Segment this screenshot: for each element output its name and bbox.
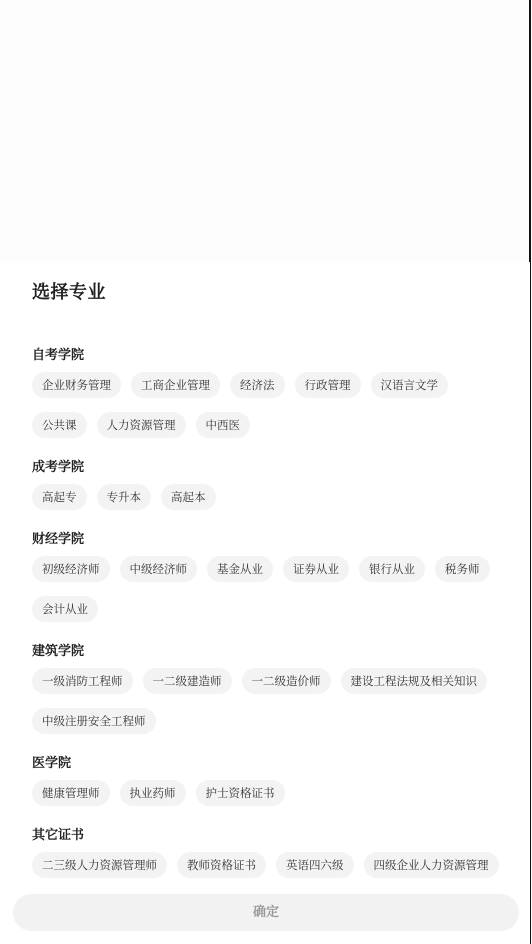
major-chip[interactable]: 会计从业	[32, 596, 98, 622]
major-chip[interactable]: 护士资格证书	[196, 780, 285, 806]
major-chip[interactable]: 高起专	[32, 484, 87, 510]
section-medical: 医学院 健康管理师 执业药师 护士资格证书	[32, 756, 502, 806]
major-chip[interactable]: 工商企业管理	[131, 372, 220, 398]
section-other-certificates: 其它证书 二三级人力资源管理师 教师资格证书 英语四六级 四级企业人力资源管理	[32, 828, 502, 878]
section-heading: 财经学院	[32, 532, 502, 548]
major-chip[interactable]: 初级经济师	[32, 556, 110, 582]
major-chip[interactable]: 汉语言文学	[371, 372, 449, 398]
major-chip[interactable]: 高起本	[161, 484, 216, 510]
sheet-title: 选择专业	[32, 282, 106, 304]
section-heading: 建筑学院	[32, 644, 502, 660]
major-chip[interactable]: 中西医	[196, 412, 251, 438]
major-chip[interactable]: 健康管理师	[32, 780, 110, 806]
chip-list: 企业财务管理 工商企业管理 经济法 行政管理 汉语言文学 公共课 人力资源管理 …	[32, 372, 502, 438]
major-chip[interactable]: 四级企业人力资源管理	[364, 852, 499, 878]
major-chip[interactable]: 执业药师	[120, 780, 186, 806]
major-chip[interactable]: 行政管理	[295, 372, 361, 398]
major-chip[interactable]: 中级注册安全工程师	[32, 708, 156, 734]
major-chip[interactable]: 英语四六级	[276, 852, 354, 878]
major-chip[interactable]: 基金从业	[207, 556, 273, 582]
major-chip[interactable]: 一二级建造师	[143, 668, 232, 694]
section-heading: 其它证书	[32, 828, 502, 844]
major-chip[interactable]: 证券从业	[283, 556, 349, 582]
section-heading: 自考学院	[32, 348, 502, 364]
major-chip[interactable]: 银行从业	[359, 556, 425, 582]
chip-list: 高起专 专升本 高起本	[32, 484, 502, 510]
section-finance: 财经学院 初级经济师 中级经济师 基金从业 证券从业 银行从业 税务师 会计从业	[32, 532, 502, 622]
major-chip[interactable]: 中级经济师	[120, 556, 198, 582]
major-chip[interactable]: 税务师	[435, 556, 490, 582]
section-heading: 医学院	[32, 756, 502, 772]
major-chip[interactable]: 二三级人力资源管理师	[32, 852, 167, 878]
chip-list: 初级经济师 中级经济师 基金从业 证券从业 银行从业 税务师 会计从业	[32, 556, 502, 622]
chip-list: 一级消防工程师 一二级建造师 一二级造价师 建设工程法规及相关知识 中级注册安全…	[32, 668, 502, 734]
major-chip[interactable]: 一二级造价师	[242, 668, 331, 694]
major-chip[interactable]: 一级消防工程师	[32, 668, 133, 694]
chip-list: 健康管理师 执业药师 护士资格证书	[32, 780, 502, 806]
major-chip[interactable]: 公共课	[32, 412, 87, 438]
major-chip[interactable]: 经济法	[230, 372, 285, 398]
major-chip[interactable]: 专升本	[97, 484, 152, 510]
major-chip[interactable]: 企业财务管理	[32, 372, 121, 398]
section-self-study: 自考学院 企业财务管理 工商企业管理 经济法 行政管理 汉语言文学 公共课 人力…	[32, 348, 502, 438]
section-heading: 成考学院	[32, 460, 502, 476]
major-chip[interactable]: 教师资格证书	[177, 852, 266, 878]
confirm-button[interactable]: 确定	[13, 894, 519, 931]
major-chip[interactable]: 人力资源管理	[97, 412, 186, 438]
chip-list: 二三级人力资源管理师 教师资格证书 英语四六级 四级企业人力资源管理	[32, 852, 502, 878]
section-adult-exam: 成考学院 高起专 专升本 高起本	[32, 460, 502, 510]
section-architecture: 建筑学院 一级消防工程师 一二级建造师 一二级造价师 建设工程法规及相关知识 中…	[32, 644, 502, 734]
major-chip[interactable]: 建设工程法规及相关知识	[341, 668, 488, 694]
